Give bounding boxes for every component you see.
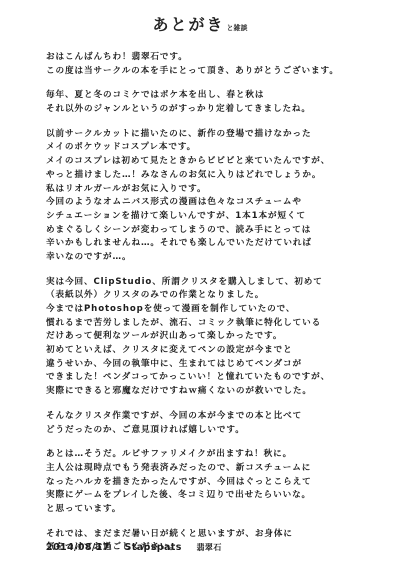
text-line: 以前サークルカットに描いたのに、新作の登場で描けなかった (46, 128, 366, 142)
signature-footer: 2014/08/17 Stapspats 翡翠石 (46, 542, 233, 553)
text-line: やっと描けました…！みなさんのお気に入りはどれでしょうか。 (46, 169, 366, 183)
title-main: あとがき (152, 15, 224, 34)
text-line: だけあって便利なツールが沢山あって楽しかったです。 (46, 330, 366, 344)
paragraph-greeting: おはこんばんちわ！翡翠石です。 この度は当サークルの本を手にとって頂き、ありがと… (46, 51, 366, 78)
text-line: 今まではPhotoshopを使って漫画を制作していたので、 (46, 303, 366, 317)
text-line: 主人公は現時点でもう発表済みだったので、新コスチュームに (46, 462, 366, 476)
afterword-page: あとがきと雑談 おはこんばんちわ！翡翠石です。 この度は当サークルの本を手にとっ… (0, 0, 400, 574)
text-line: あとは…そうだ。ルビサファリメイクが出ますね！秋に。 (46, 448, 366, 462)
paragraph-clipstudio: 実は今回、ClipStudio、所謂クリスタを購入しまして、初めて （表紙以外）… (46, 276, 366, 399)
paragraph-feedback: そんなクリスタ作業ですが、今回の本が今までの本と比べて どうだったのか、ご意見頂… (46, 410, 366, 437)
text-line: なったハルカを描きたかったんですが、今回はぐっとこらえて (46, 476, 366, 490)
paragraph-oras: あとは…そうだ。ルビサファリメイクが出ますね！秋に。 主人公は現時点でもう発表済… (46, 448, 366, 516)
text-line: おはこんばんちわ！翡翠石です。 (46, 51, 366, 65)
text-line: 実際にゲームをプレイした後、冬コミ辺りで出せたらいいな。 (46, 489, 366, 503)
text-line: 今回のようなオムニバス形式の漫画は色々なコスチュームや (46, 196, 366, 210)
text-line: 私はリオルガールがお気に入りです。 (46, 183, 366, 197)
text-line: めまぐるしくシーンが変わってしまうので、読み手にとっては (46, 224, 366, 238)
text-line: それでは、まだまだ暑い日が続くと思いますが、お身体に (46, 528, 366, 542)
text-line: 毎年、夏と冬のコミケではポケ本を出し、春と秋は (46, 89, 366, 103)
circle-name: Stapspats (125, 542, 182, 553)
text-line: 慣れるまで苦労しましたが、流石、コミック執筆に特化している (46, 317, 366, 331)
paragraph-mei-cosplay: 以前サークルカットに描いたのに、新作の登場で描けなかった メイのポケウッドコスプ… (46, 128, 366, 265)
afterword-body: おはこんばんちわ！翡翠石です。 この度は当サークルの本を手にとって頂き、ありがと… (46, 51, 366, 566)
text-line: できました！ペンダコってかっこいい！と憧れていたものですが、 (46, 371, 366, 385)
text-line: メイのポケウッドコスプレ本です。 (46, 141, 366, 155)
text-line: この度は当サークルの本を手にとって頂き、ありがとうございます。 (46, 65, 366, 79)
page-title: あとがきと雑談 (0, 12, 400, 35)
text-line: そんなクリスタ作業ですが、今回の本が今までの本と比べて (46, 410, 366, 424)
text-line: 違うせいか、今回の執筆中に、生まれてはじめてペンダコが (46, 358, 366, 372)
text-line: 初めてといえば、クリスタに変えてペンの設定が今までと (46, 344, 366, 358)
text-line: メイのコスプレは初めて見たときからビビビと来ていたんですが、 (46, 155, 366, 169)
text-line: と思っています。 (46, 503, 366, 517)
text-line: 実は今回、ClipStudio、所謂クリスタを購入しまして、初めて (46, 276, 366, 290)
text-line: それ以外のジャンルというのがすっかり定着してきましたね。 (46, 103, 366, 117)
title-subtitle: と雑談 (227, 24, 248, 32)
author-name: 翡翠石 (197, 543, 222, 552)
text-line: シチュエーションを描けて楽しいんですが、1本1本が短くて (46, 210, 366, 224)
text-line: どうだったのか、ご意見頂ければ嬉しいです。 (46, 424, 366, 438)
text-line: 辛いかもしれませんね…。それでも楽しんでいただけていれば (46, 237, 366, 251)
date: 2014/08/17 (46, 542, 110, 553)
text-line: 幸いなのですが…。 (46, 251, 366, 265)
text-line: （表紙以外）クリスタのみでの作業となりました。 (46, 289, 366, 303)
paragraph-comiket: 毎年、夏と冬のコミケではポケ本を出し、春と秋は それ以外のジャンルというのがすっ… (46, 89, 366, 116)
text-line: 実際にできると邪魔なだけですねｗ痛くないのが救いでした。 (46, 385, 366, 399)
